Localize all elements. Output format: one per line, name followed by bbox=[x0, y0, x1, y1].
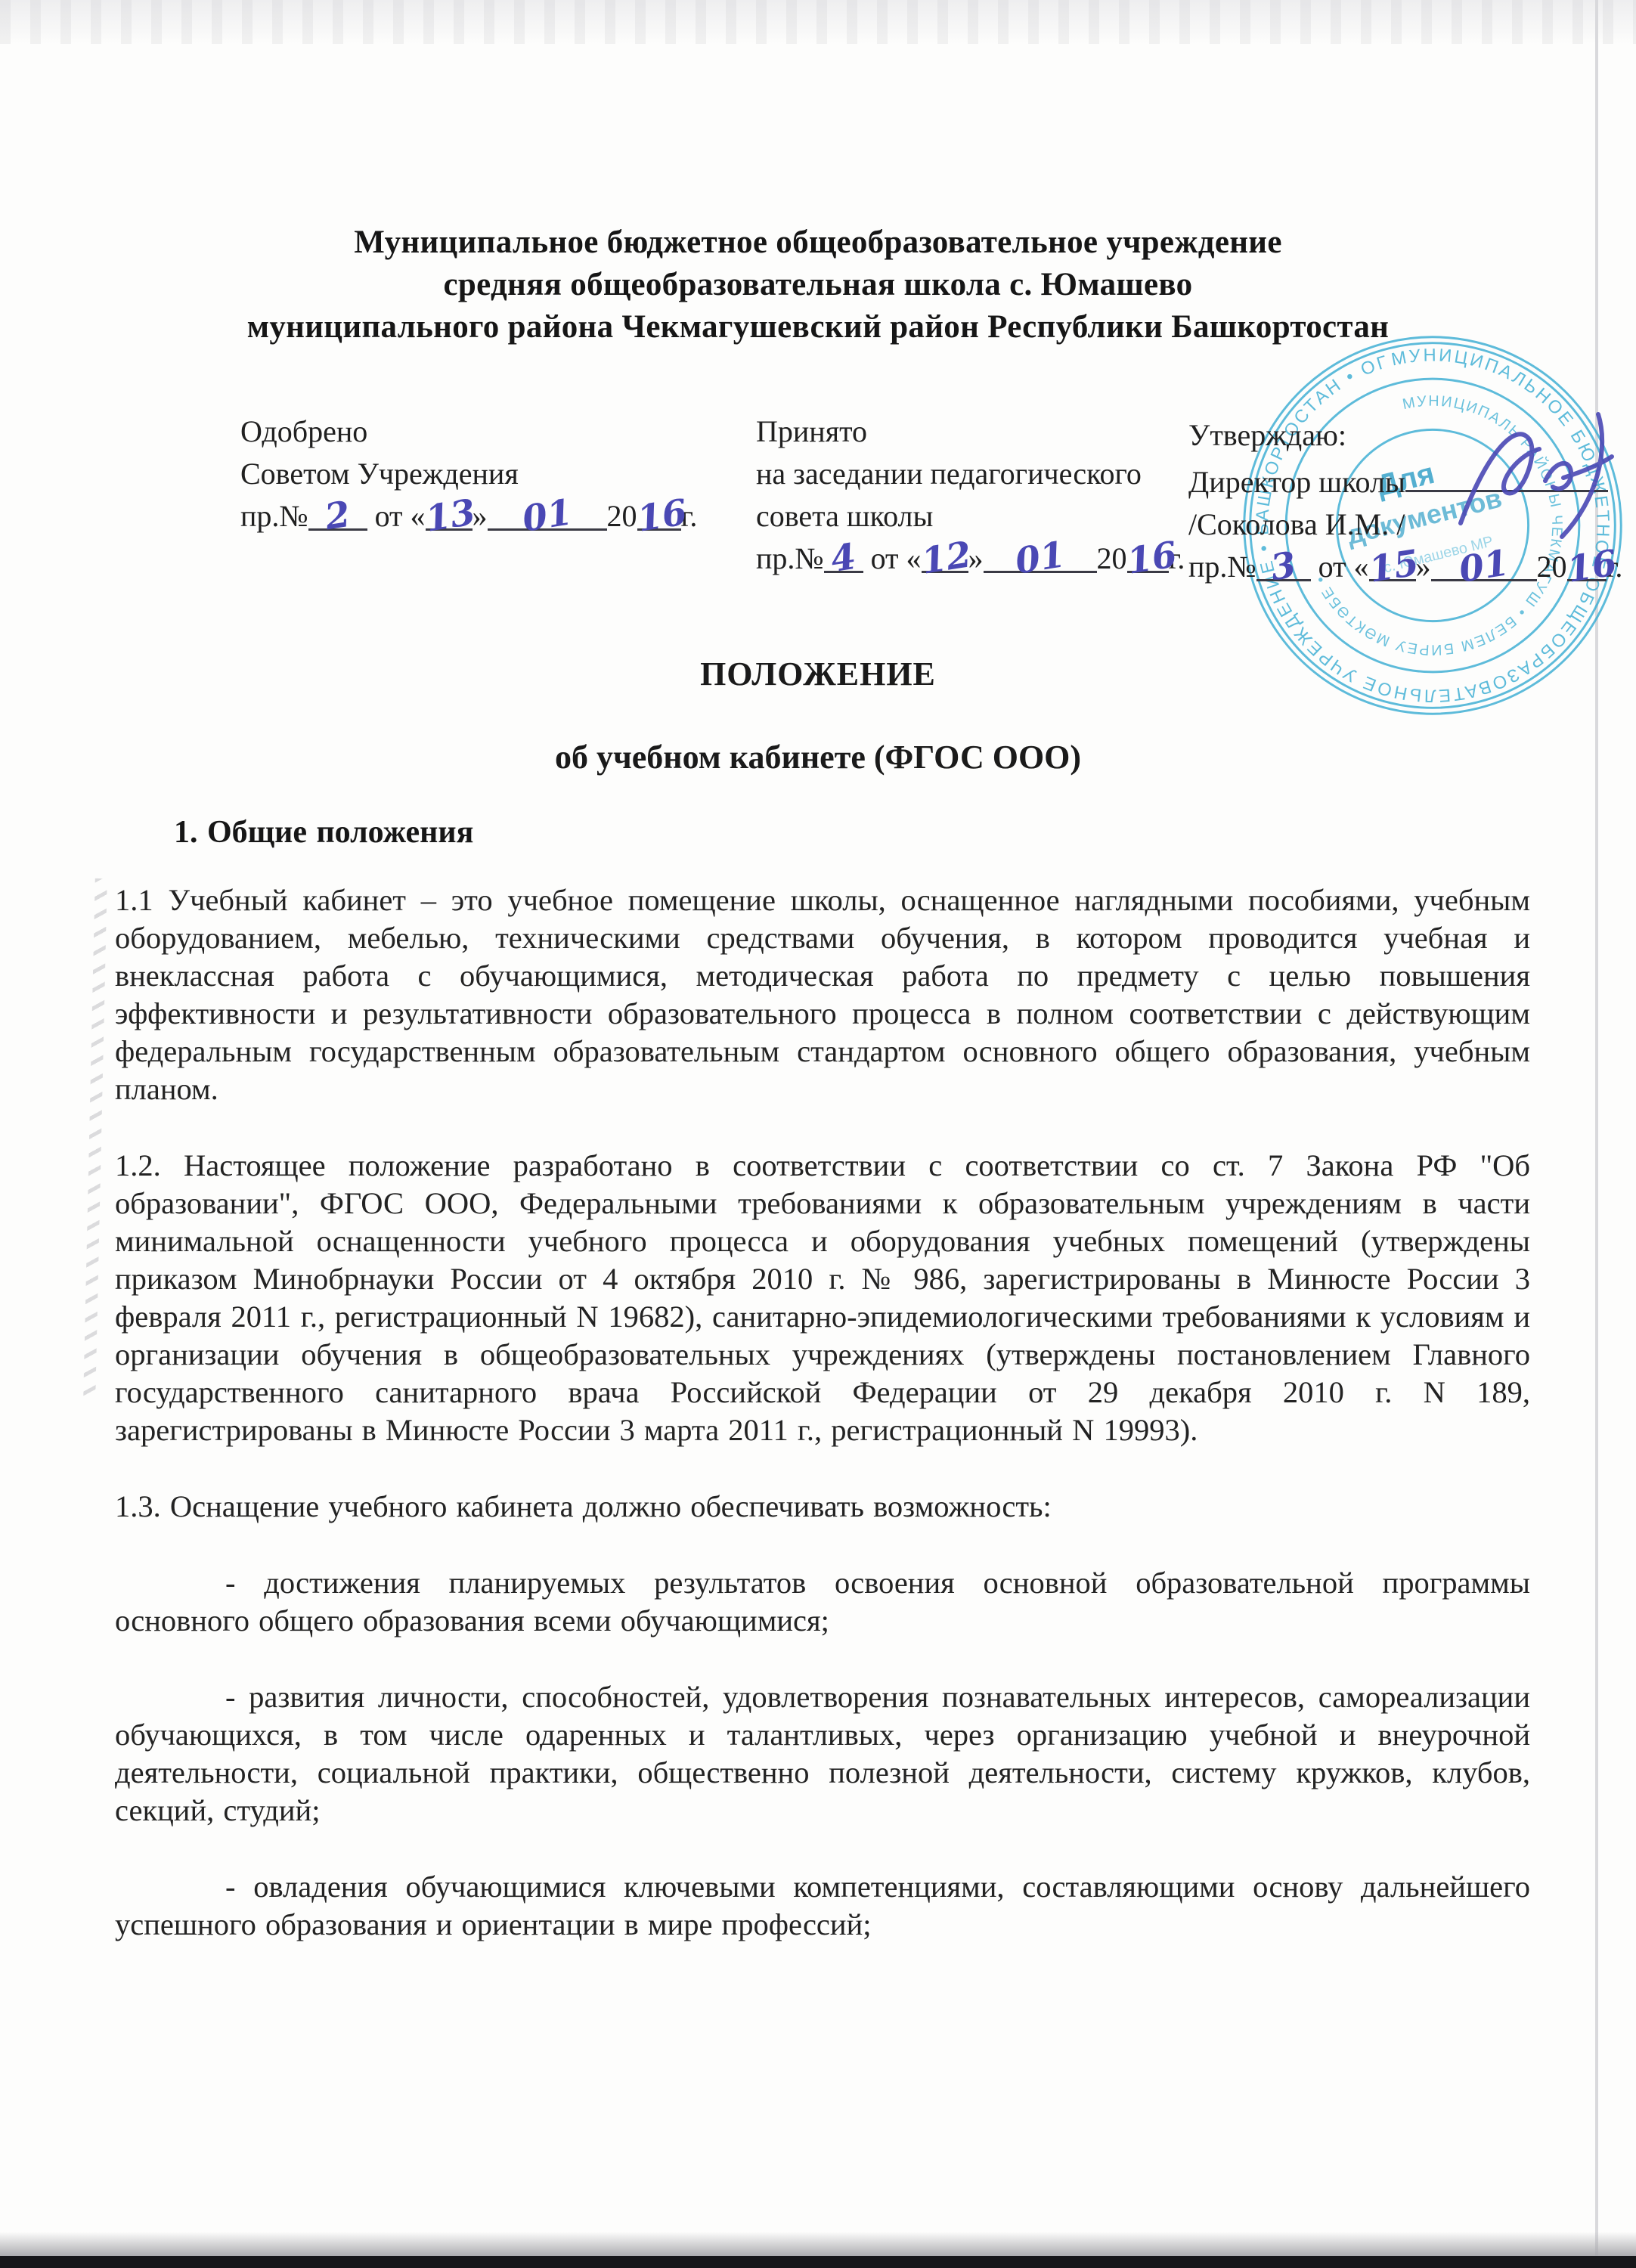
year-prefix: 20 bbox=[1537, 550, 1567, 584]
ot-label: от bbox=[1318, 550, 1346, 584]
scanned-document-page: Муниципальное бюджетное общеобразователь… bbox=[0, 0, 1636, 2268]
handwritten-day: 15 bbox=[1369, 563, 1418, 571]
handwritten-day: 13 bbox=[426, 513, 475, 520]
org-header-line-2: средняя общеобразовательная школа с. Юма… bbox=[0, 264, 1636, 306]
scan-top-edge-artifact bbox=[0, 0, 1636, 44]
director-signature bbox=[1450, 408, 1631, 552]
binding-stitch-mark bbox=[83, 878, 107, 1399]
bullet-item-1: - достижения планируемых результатов осв… bbox=[115, 1564, 1530, 1640]
accepted-line-3: совета школы bbox=[756, 495, 1179, 538]
bullet-item-3: - овладения обучающимися ключевыми компе… bbox=[115, 1868, 1530, 1944]
handwritten-day: 12 bbox=[922, 555, 971, 562]
accepted-line-2: на заседании педагогического bbox=[756, 453, 1179, 495]
bullet-item-2: - развития личности, способностей, удовл… bbox=[115, 1678, 1530, 1830]
ot-label: от bbox=[375, 499, 403, 533]
authorized-protocol-line: пр.№3 от «15»012016г. bbox=[1188, 546, 1627, 588]
year-prefix: 20 bbox=[1097, 541, 1127, 575]
approved-protocol-line: пр.№2 от «13»012016г. bbox=[240, 495, 732, 538]
protocol-label: пр.№ bbox=[1188, 550, 1256, 584]
accepted-line-1: Принято bbox=[756, 411, 1179, 453]
handwritten-month: 01 bbox=[1016, 555, 1065, 562]
accepted-protocol-line: пр.№4 от «12»012016г. bbox=[756, 538, 1179, 580]
section-heading: 1. Общие положения bbox=[174, 813, 1530, 851]
director-label: Директор школы bbox=[1188, 465, 1405, 499]
document-subtitle: об учебном кабинете (ФГОС ООО) bbox=[0, 738, 1636, 776]
protocol-label: пр.№ bbox=[240, 499, 308, 533]
ot-label: от bbox=[871, 541, 899, 575]
document-body: 1. Общие положения 1.1 Учебный кабинет –… bbox=[115, 813, 1530, 1982]
approved-block: Одобрено Советом Учреждения пр.№2 от «13… bbox=[240, 411, 732, 538]
handwritten-year: 16 bbox=[1127, 555, 1176, 562]
org-header-line-1: Муниципальное бюджетное общеобразователь… bbox=[0, 222, 1636, 264]
handwritten-month: 01 bbox=[1460, 563, 1509, 571]
year-prefix: 20 bbox=[607, 499, 637, 533]
handwritten-year: 16 bbox=[637, 513, 686, 520]
paragraph-1-2: 1.2. Настоящее положение разработано в с… bbox=[115, 1147, 1530, 1449]
organization-header: Муниципальное бюджетное общеобразователь… bbox=[0, 222, 1636, 349]
paragraph-1-1: 1.1 Учебный кабинет – это учебное помеще… bbox=[115, 881, 1530, 1108]
approved-line-2: Советом Учреждения bbox=[240, 453, 732, 495]
handwritten-protocol-number: 2 bbox=[326, 514, 350, 518]
handwritten-year: 16 bbox=[1567, 563, 1616, 571]
handwritten-protocol-number: 4 bbox=[832, 556, 856, 560]
handwritten-protocol-number: 3 bbox=[1272, 565, 1296, 569]
approved-line-1: Одобрено bbox=[240, 411, 732, 453]
protocol-label: пр.№ bbox=[756, 541, 824, 575]
accepted-block: Принято на заседании педагогического сов… bbox=[756, 411, 1179, 580]
org-header-line-3: муниципального района Чекмагушевский рай… bbox=[0, 306, 1636, 349]
handwritten-month: 01 bbox=[523, 513, 572, 520]
paragraph-1-3: 1.3. Оснащение учебного кабинета должно … bbox=[115, 1488, 1530, 1526]
scan-bottom-dark-band bbox=[0, 2256, 1636, 2268]
document-title: ПОЛОЖЕНИЕ bbox=[0, 655, 1636, 693]
scan-bottom-shadow bbox=[0, 2232, 1636, 2257]
